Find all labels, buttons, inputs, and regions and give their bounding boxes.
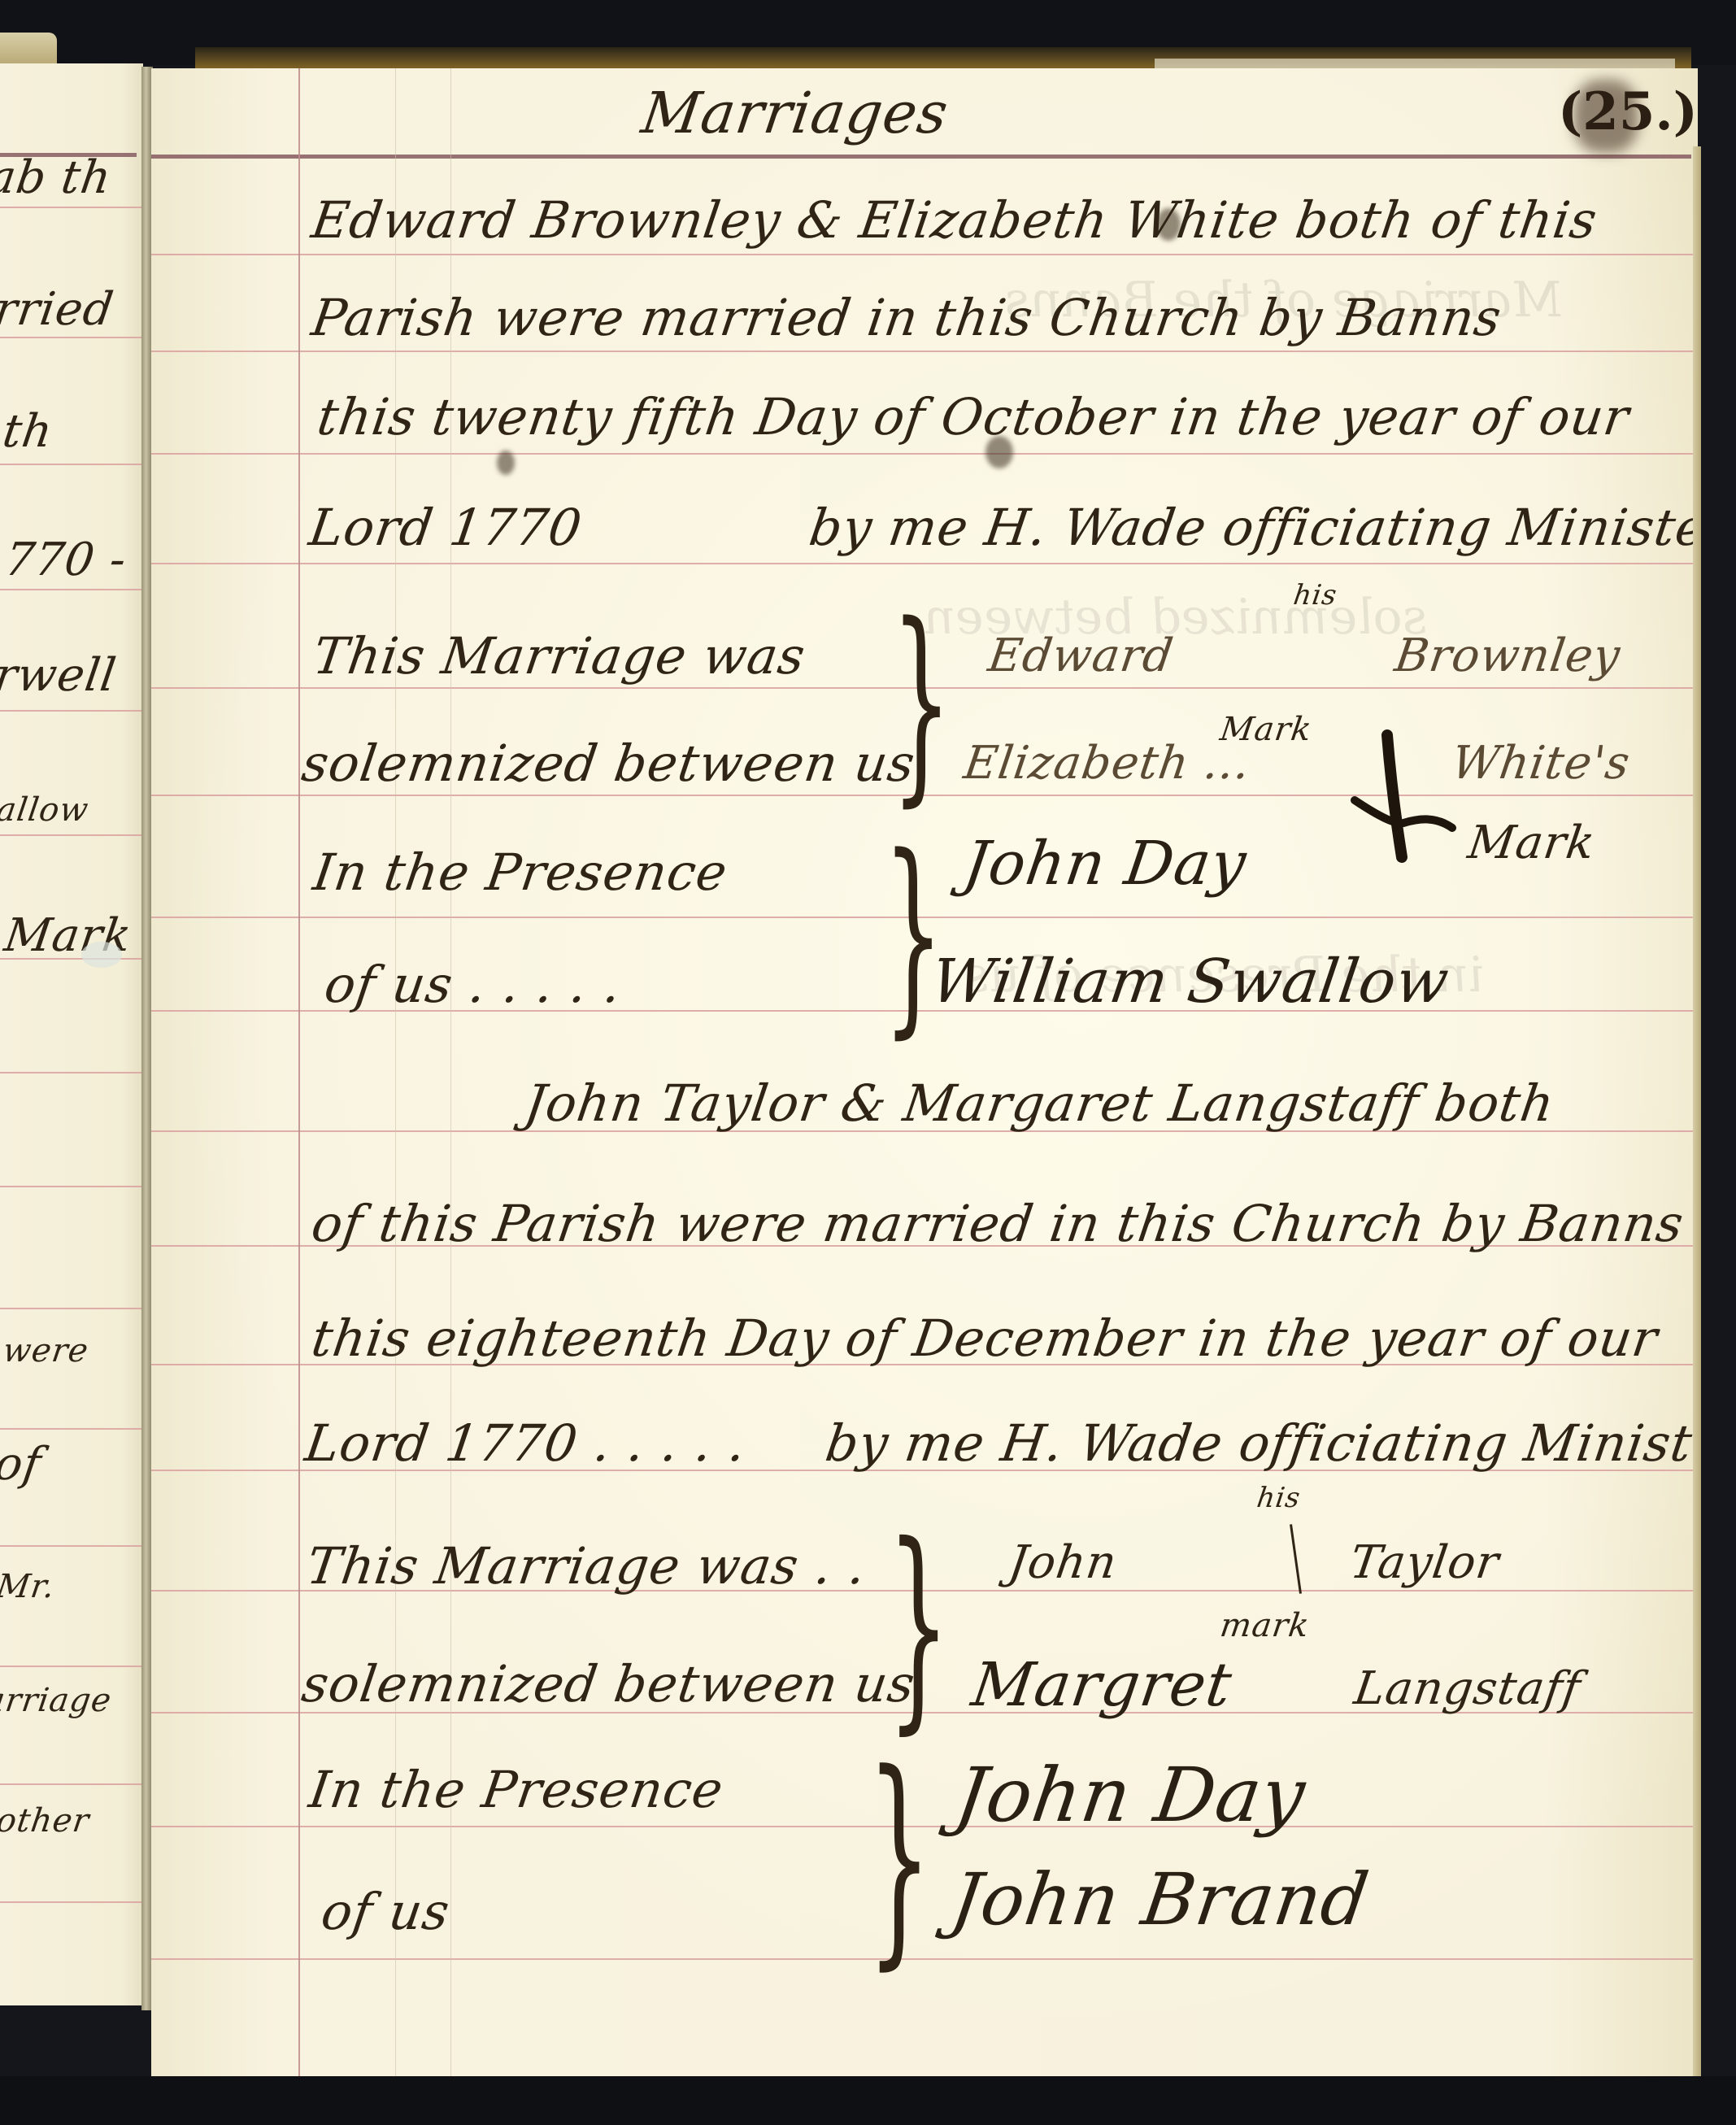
entry-line: this twenty fifth Day of October in the … xyxy=(314,387,1634,446)
left-fragment-text: 1770 - xyxy=(0,533,130,586)
ruled-line xyxy=(0,834,143,836)
entry-line: John Taylor & Margaret Langstaff both xyxy=(521,1073,1559,1133)
ruled-line xyxy=(0,1545,143,1547)
cross-mark-icon xyxy=(1290,1524,1302,1594)
register-page: Marriage of the Banns solemnized between… xyxy=(151,68,1698,2076)
solemnized-label: solemnized between us xyxy=(298,1654,919,1713)
ruled-line xyxy=(0,1072,143,1073)
witness-signature: John Brand xyxy=(946,1857,1374,1941)
brace: } xyxy=(867,1744,932,1971)
presence-label: In the Presence xyxy=(306,1760,728,1819)
ink-blot xyxy=(497,451,515,475)
party-first-name: John xyxy=(1005,1536,1120,1589)
ruled-line xyxy=(0,1428,143,1430)
left-fragment-text: rwell xyxy=(0,649,120,702)
left-fragment-text: arriage xyxy=(0,1682,114,1719)
left-fragment-text: ab th xyxy=(0,151,115,204)
solemnized-label: This Marriage was xyxy=(310,626,809,686)
mark-word: mark xyxy=(1218,1607,1312,1644)
party-last-name: Brownley xyxy=(1391,629,1623,682)
book-edge-tab xyxy=(0,33,57,65)
party-first-name: Elizabeth ... xyxy=(960,737,1253,790)
ruled-line xyxy=(151,563,1698,564)
brace: } xyxy=(887,1516,950,1735)
officiant-line: by me H. Wade officiating Minist.r xyxy=(822,1413,1698,1473)
ruled-line xyxy=(0,1186,143,1187)
ruled-line xyxy=(0,589,143,590)
ruled-line xyxy=(0,1308,143,1309)
ruled-line xyxy=(151,351,1698,352)
scanner-background-bottom xyxy=(0,2076,1736,2125)
presence-label: of us . . . . . xyxy=(321,955,625,1014)
entry-line: of this Parish were married in this Chur… xyxy=(308,1194,1688,1253)
left-fragment-text: th xyxy=(0,405,56,458)
entry-line: Lord 1770 . . . . . xyxy=(302,1413,751,1473)
ruled-line xyxy=(151,254,1698,255)
ruled-line xyxy=(151,453,1698,455)
left-fragment-text: allow xyxy=(0,791,91,829)
presence-label: In the Presence xyxy=(310,843,732,902)
entry-line: Lord 1770 xyxy=(306,498,586,557)
mark-note: his xyxy=(1291,579,1339,612)
page-number: (25.) xyxy=(1558,81,1698,142)
mark-word: Mark xyxy=(1464,816,1599,869)
officiant-line: by me H. Wade officiating Minister xyxy=(806,498,1698,557)
left-fragment-text: Mr. xyxy=(0,1568,58,1605)
page-edge xyxy=(1693,146,1701,2076)
left-fragment-text: of xyxy=(0,1438,45,1491)
left-fragment-text: were xyxy=(1,1332,91,1369)
brace: } xyxy=(891,597,951,808)
solemnized-label: solemnized between us xyxy=(298,734,919,793)
page-heading: Marriages xyxy=(637,80,952,146)
ruled-line xyxy=(0,1783,143,1785)
left-fragment-text: other xyxy=(0,1802,92,1840)
party-last-name: White's xyxy=(1448,737,1633,790)
margin-line xyxy=(298,68,300,2076)
entry-line: Edward Brownley & Elizabeth White both o… xyxy=(308,190,1601,250)
party-first-name: Margret xyxy=(968,1650,1237,1720)
witness-signature: John Day xyxy=(959,829,1251,899)
paper-stain xyxy=(81,942,122,968)
left-fragment-text: rried xyxy=(0,283,117,336)
presence-label: of us xyxy=(318,1882,454,1941)
ruled-line xyxy=(0,207,143,208)
party-first-name: Edward xyxy=(985,629,1177,682)
solemnized-label: This Marriage was . . xyxy=(303,1536,870,1596)
ruled-line xyxy=(0,1666,143,1667)
ruled-line xyxy=(0,337,143,338)
witness-signature: John Day xyxy=(950,1752,1311,1839)
ruled-line xyxy=(0,710,143,712)
entry-line: Parish were married in this Church by Ba… xyxy=(308,288,1505,347)
party-last-name: Langstaff xyxy=(1351,1662,1584,1715)
entry-line: this eighteenth Day of December in the y… xyxy=(308,1309,1662,1368)
left-page-fragment: ab th rried th 1770 - rwell allow Mark w… xyxy=(0,63,143,2005)
mark-note: his xyxy=(1255,1482,1303,1514)
header-rule xyxy=(151,155,1691,159)
ruled-line xyxy=(0,464,143,465)
party-last-name: Taylor xyxy=(1347,1536,1503,1589)
ruled-line xyxy=(0,1901,143,1903)
witness-signature: William Swallow xyxy=(927,947,1454,1017)
cross-mark-icon xyxy=(1338,727,1460,865)
